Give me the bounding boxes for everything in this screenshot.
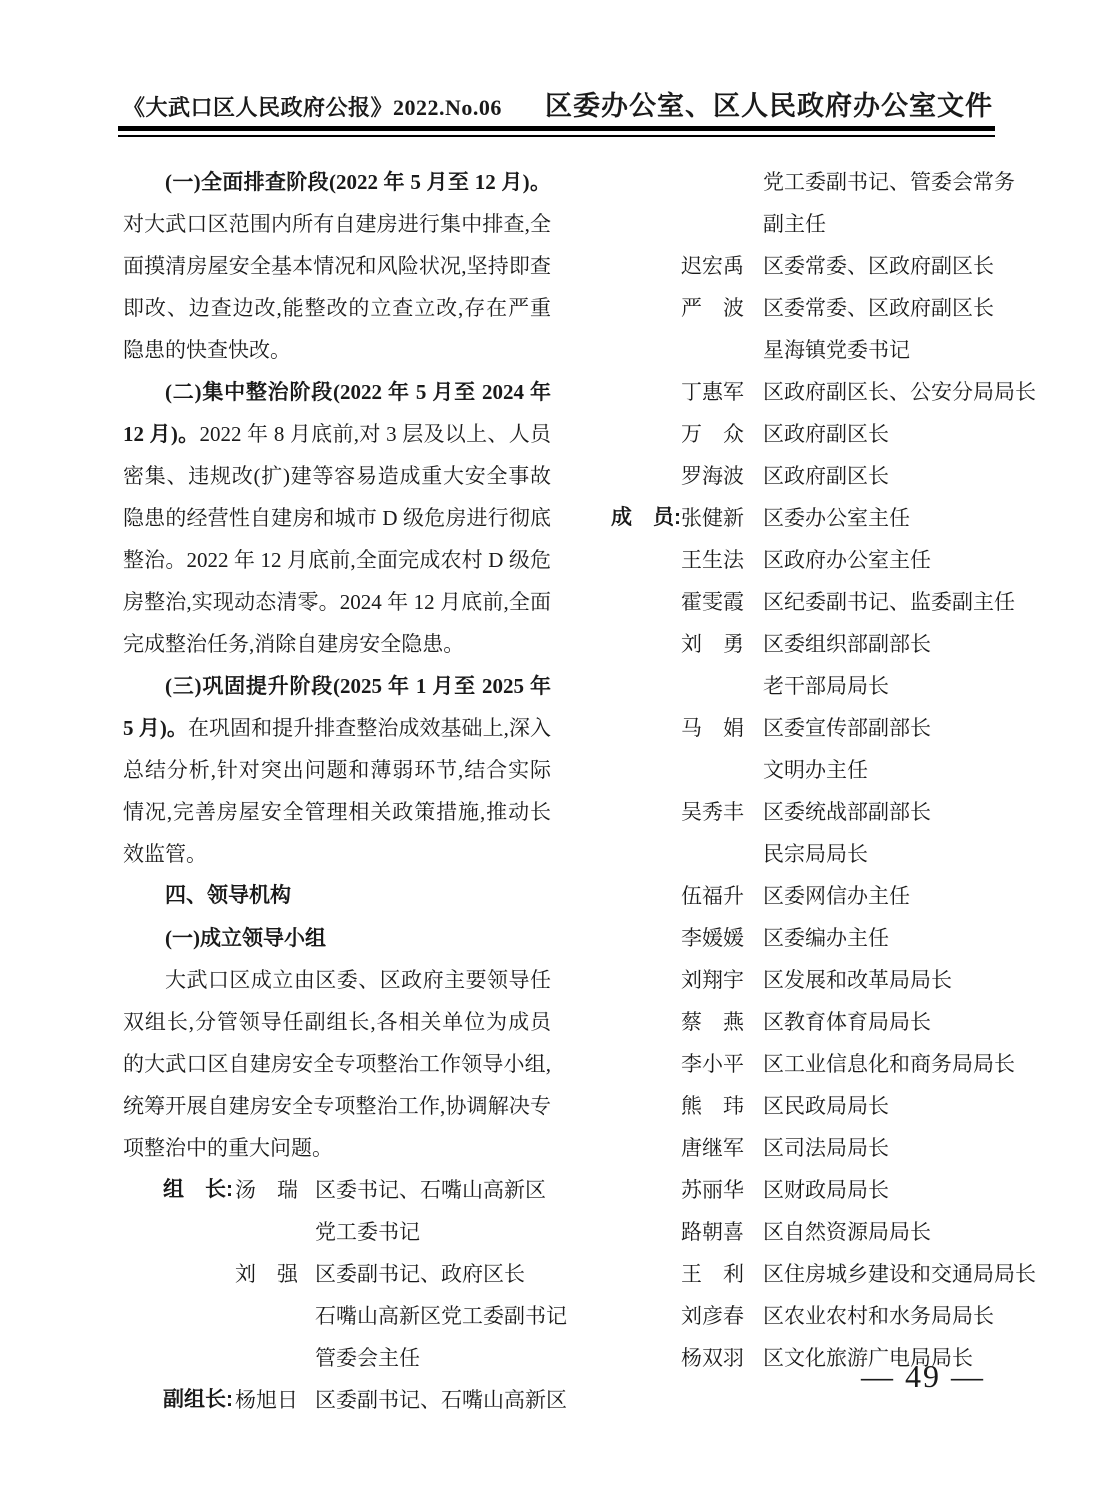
roster-name: 路朝喜: [681, 1211, 763, 1253]
roster-entry: 李媛媛 区委编办主任: [603, 917, 1005, 959]
roster-roles: 区委网信办主任: [763, 875, 910, 917]
roster-role: 党工委副书记、管委会常务: [763, 161, 1015, 203]
roster-role: 老干部局局长: [763, 665, 931, 707]
roster-name: 吴秀丰: [681, 791, 763, 833]
roster-label: 副组长:: [163, 1379, 235, 1421]
roster-name: 杨双羽: [681, 1337, 763, 1379]
roster-name: 王 利: [681, 1253, 763, 1295]
roster-role: 区委组织部副部长: [763, 623, 931, 665]
roster-role: 副主任: [763, 203, 1015, 245]
roster-role: 区委书记、石嘴山高新区: [315, 1169, 546, 1211]
roster-role: 区民政局局长: [763, 1085, 889, 1127]
roster-role: 区委宣传部副部长: [763, 707, 931, 749]
paragraph: 大武口区成立由区委、区政府主要领导任双组长,分管领导任副组长,各相关单位为成员的…: [123, 959, 551, 1169]
roster-role: 区财政局局长: [763, 1169, 889, 1211]
roster-entry: 严 波 区委常委、区政府副区长星海镇党委书记: [603, 287, 1005, 371]
roster-entry: 吴秀丰 区委统战部副部长民宗局局长: [603, 791, 1005, 875]
roster-name: 霍雯霞: [681, 581, 763, 623]
subsection-heading-leading-group: (一)成立领导小组: [123, 917, 551, 959]
roster-role: 民宗局局长: [763, 833, 931, 875]
roster-roles: 区委副书记、石嘴山高新区: [315, 1379, 567, 1421]
gazette-title: 《大武口区人民政府公报》2022.No.06: [123, 91, 502, 122]
roster-roles: 区政府办公室主任: [763, 539, 931, 581]
roster-entry: 万 众 区政府副区长: [603, 413, 1005, 455]
roster-role: 区政府办公室主任: [763, 539, 931, 581]
roster-roles: 区司法局局长: [763, 1127, 889, 1169]
roster-name: 刘彦春: [681, 1295, 763, 1337]
roster-entry: 王 利 区住房城乡建设和交通局局长: [603, 1253, 1005, 1295]
roster-role: 管委会主任: [315, 1337, 567, 1379]
roster-entry: 组 长: 汤 瑞 区委书记、石嘴山高新区党工委书记: [123, 1169, 551, 1253]
roster-role: 区委常委、区政府副区长: [763, 245, 994, 287]
roster-role: 区教育体育局局长: [763, 1001, 931, 1043]
page-number: — 49 —: [861, 1358, 985, 1395]
roster-roles: 区委副书记、政府区长石嘴山高新区党工委副书记管委会主任: [315, 1253, 567, 1379]
roster-name: 熊 玮: [681, 1085, 763, 1127]
roster-roles: 区委编办主任: [763, 917, 889, 959]
roster-roles: 区住房城乡建设和交通局局长: [763, 1253, 1036, 1295]
roster-entry: 李小平 区工业信息化和商务局局长: [603, 1043, 1005, 1085]
roster-entry: 霍雯霞 区纪委副书记、监委副主任: [603, 581, 1005, 623]
roster-entry: 迟宏禹 区委常委、区政府副区长: [603, 245, 1005, 287]
roster-role: 区委副书记、石嘴山高新区: [315, 1379, 567, 1421]
roster-name: 刘 强: [235, 1253, 315, 1295]
roster-roles: 区农业农村和水务局局长: [763, 1295, 994, 1337]
page-header: 《大武口区人民政府公报》2022.No.06 区委办公室、区人民政府办公室文件: [123, 84, 993, 123]
roster-role: 区委网信办主任: [763, 875, 910, 917]
roster-roles: 区自然资源局局长: [763, 1211, 931, 1253]
roster-roles: 区政府副区长、公安分局局长: [763, 371, 1036, 413]
roster-role: 区委编办主任: [763, 917, 889, 959]
paragraph-lead: (一)全面排查阶段(2022 年 5 月至 12 月)。: [165, 170, 551, 194]
roster-role: 星海镇党委书记: [763, 329, 994, 371]
left-column: (一)全面排查阶段(2022 年 5 月至 12 月)。对大武口区范围内所有自建…: [123, 161, 551, 1421]
roster-entry: 刘 勇 区委组织部副部长老干部局局长: [603, 623, 1005, 707]
roster-entry: 刘翔宇 区发展和改革局局长: [603, 959, 1005, 1001]
roster-entry: 唐继军 区司法局局长: [603, 1127, 1005, 1169]
roster-name: 迟宏禹: [681, 245, 763, 287]
roster-entry: 苏丽华 区财政局局长: [603, 1169, 1005, 1211]
roster-name: 伍福升: [681, 875, 763, 917]
document-category: 区委办公室、区人民政府办公室文件: [545, 84, 993, 123]
roster-role: 区纪委副书记、监委副主任: [763, 581, 1015, 623]
roster-roles: 区委组织部副部长老干部局局长: [763, 623, 931, 707]
roster-role: 区住房城乡建设和交通局局长: [763, 1253, 1036, 1295]
roster-roles: 区委书记、石嘴山高新区党工委书记: [315, 1169, 546, 1253]
roster-role: 区委副书记、政府区长: [315, 1253, 567, 1295]
roster-name: 蔡 燕: [681, 1001, 763, 1043]
section-heading-leadership: 四、领导机构: [123, 875, 551, 917]
paragraph-body: 在巩固和提升排查整治成效基础上,深入总结分析,针对突出问题和薄弱环节,结合实际情…: [123, 716, 551, 866]
roster-role: 区政府副区长: [763, 413, 889, 455]
roster-roles: 区委办公室主任: [763, 497, 910, 539]
roster-roles: 区政府副区长: [763, 413, 889, 455]
roster-name: 刘翔宇: [681, 959, 763, 1001]
roster-name: 丁惠军: [681, 371, 763, 413]
paragraph-body: 2022 年 8 月底前,对 3 层及以上、人员密集、违规改(扩)建等容易造成重…: [123, 422, 551, 656]
roster-roles: 区民政局局长: [763, 1085, 889, 1127]
roster-name: 汤 瑞: [235, 1169, 315, 1211]
paragraph: (三)巩固提升阶段(2025 年 1 月至 2025 年 5 月)。在巩固和提升…: [123, 665, 551, 875]
roster-entry: 刘彦春 区农业农村和水务局局长: [603, 1295, 1005, 1337]
paragraph: (一)全面排查阶段(2022 年 5 月至 12 月)。对大武口区范围内所有自建…: [123, 161, 551, 371]
roster-role: 区委统战部副部长: [763, 791, 931, 833]
roster-roles: 区委常委、区政府副区长星海镇党委书记: [763, 287, 994, 371]
roster-entry: 罗海波 区政府副区长: [603, 455, 1005, 497]
roster-name: 严 波: [681, 287, 763, 329]
roster-name: 罗海波: [681, 455, 763, 497]
roster-roles: 区委宣传部副部长文明办主任: [763, 707, 931, 791]
roster-entry: 熊 玮 区民政局局长: [603, 1085, 1005, 1127]
roster-role: 区自然资源局局长: [763, 1211, 931, 1253]
roster-roles: 区纪委副书记、监委副主任: [763, 581, 1015, 623]
content-columns: (一)全面排查阶段(2022 年 5 月至 12 月)。对大武口区范围内所有自建…: [123, 161, 1005, 1421]
document-page: 《大武口区人民政府公报》2022.No.06 区委办公室、区人民政府办公室文件 …: [0, 0, 1105, 1489]
roster-entry: 党工委副书记、管委会常务副主任: [603, 161, 1005, 245]
roster-roles: 区政府副区长: [763, 455, 889, 497]
roster-name: 苏丽华: [681, 1169, 763, 1211]
roster-role: 区农业农村和水务局局长: [763, 1295, 994, 1337]
roster-name: 李小平: [681, 1043, 763, 1085]
roster-role: 区委常委、区政府副区长: [763, 287, 994, 329]
roster-name: 杨旭日: [235, 1379, 315, 1421]
roster-name: 刘 勇: [681, 623, 763, 665]
roster-roles: 区财政局局长: [763, 1169, 889, 1211]
roster-name: 王生法: [681, 539, 763, 581]
roster-entry: 成 员: 张健新 区委办公室主任: [603, 497, 1005, 539]
roster-entry: 蔡 燕 区教育体育局局长: [603, 1001, 1005, 1043]
roster-role: 文明办主任: [763, 749, 931, 791]
roster-entry: 马 娟 区委宣传部副部长文明办主任: [603, 707, 1005, 791]
roster-role: 区委办公室主任: [763, 497, 910, 539]
roster-name: 张健新: [681, 497, 763, 539]
header-rule: [118, 126, 995, 137]
roster-roles: 区委常委、区政府副区长: [763, 245, 994, 287]
roster-roles: 区委统战部副部长民宗局局长: [763, 791, 931, 875]
roster-label: 组 长:: [163, 1169, 235, 1211]
roster-entry: 刘 强 区委副书记、政府区长石嘴山高新区党工委副书记管委会主任: [123, 1253, 551, 1379]
roster-role: 区发展和改革局局长: [763, 959, 952, 1001]
paragraph: (二)集中整治阶段(2022 年 5 月至 2024 年 12 月)。2022 …: [123, 371, 551, 665]
roster-entry: 丁惠军 区政府副区长、公安分局局长: [603, 371, 1005, 413]
roster-entry: 路朝喜 区自然资源局局长: [603, 1211, 1005, 1253]
roster-name: 马 娟: [681, 707, 763, 749]
roster-role: 区政府副区长: [763, 455, 889, 497]
right-column: 党工委副书记、管委会常务副主任 迟宏禹 区委常委、区政府副区长 严 波 区委常委…: [603, 161, 1005, 1421]
roster-roles: 区工业信息化和商务局局长: [763, 1043, 1015, 1085]
roster-entry: 副组长: 杨旭日 区委副书记、石嘴山高新区: [123, 1379, 551, 1421]
roster-role: 党工委书记: [315, 1211, 546, 1253]
paragraph-body: 对大武口区范围内所有自建房进行集中排查,全面摸清房屋安全基本情况和风险状况,坚持…: [123, 212, 551, 362]
roster-label: 成 员:: [611, 497, 681, 539]
roster-name: 万 众: [681, 413, 763, 455]
roster-role: 区司法局局长: [763, 1127, 889, 1169]
roster-name: 李媛媛: [681, 917, 763, 959]
roster-name: 唐继军: [681, 1127, 763, 1169]
roster-role: 区工业信息化和商务局局长: [763, 1043, 1015, 1085]
roster-roles: 区教育体育局局长: [763, 1001, 931, 1043]
roster-roles: 党工委副书记、管委会常务副主任: [763, 161, 1015, 245]
roster-roles: 区发展和改革局局长: [763, 959, 952, 1001]
roster-role: 石嘴山高新区党工委副书记: [315, 1295, 567, 1337]
roster-entry: 王生法 区政府办公室主任: [603, 539, 1005, 581]
roster-entry: 伍福升 区委网信办主任: [603, 875, 1005, 917]
roster-role: 区政府副区长、公安分局局长: [763, 371, 1036, 413]
